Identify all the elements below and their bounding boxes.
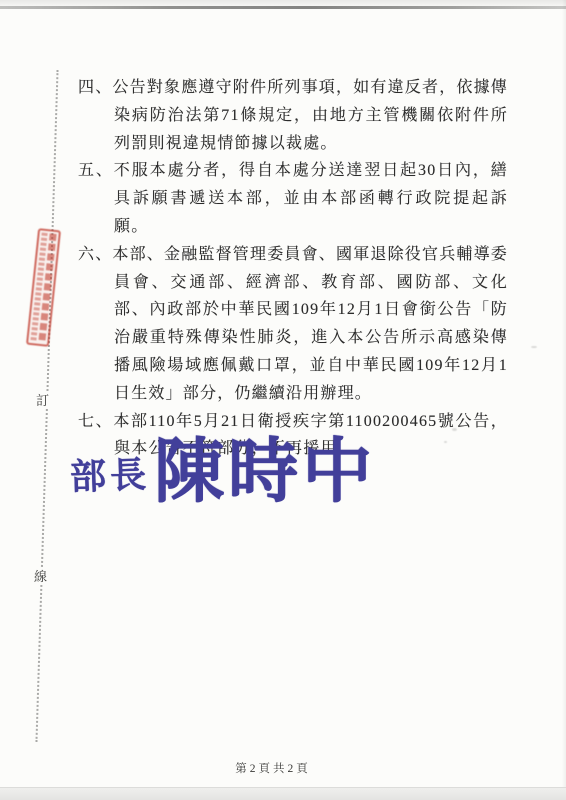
minister-name-signature: 陳時中 bbox=[154, 438, 376, 508]
paragraph-6-text: 本部、金融監督管理委員會、國軍退除役官兵輔導委員會、交通部、經濟部、教育部、國防… bbox=[112, 246, 508, 402]
red-receipt-stamp-icon bbox=[26, 228, 61, 347]
paragraph-6: 六、本部、金融監督管理委員會、國軍退除役官兵輔導委員會、交通部、經濟部、教育部、… bbox=[78, 241, 508, 408]
binding-mark-xian: 線 bbox=[34, 568, 47, 585]
scan-noise bbox=[444, 441, 447, 443]
paragraph-7-label: 七、 bbox=[78, 413, 113, 430]
scan-noise bbox=[452, 428, 457, 431]
paragraph-5: 五、不服本處分者，得自本處分送達翌日起30日內，繕具訴願書遞送本部，並由本部函轉… bbox=[78, 157, 508, 240]
page-number-footer: 第2頁共2頁 bbox=[0, 760, 546, 776]
minister-title: 部長 bbox=[69, 446, 151, 500]
minister-signature: 部長 陳時中 bbox=[70, 438, 376, 508]
paragraph-4: 四、公告對象應遵守附件所列事項，如有違反者，依據傳染病防治法第71條規定，由地方… bbox=[78, 74, 508, 157]
scan-noise bbox=[531, 346, 537, 348]
paragraph-4-text: 公告對象應遵守附件所列事項，如有違反者，依據傳染病防治法第71條規定，由地方主管… bbox=[112, 79, 508, 152]
document-page: 訂 線 四、公告對象應遵守附件所列事項，如有違反者，依據傳染病防治法第71條規定… bbox=[0, 0, 566, 800]
paragraph-5-text: 不服本處分者，得自本處分送達翌日起30日內，繕具訴願書遞送本部，並由本部函轉行政… bbox=[114, 162, 508, 235]
binding-mark-ding: 訂 bbox=[36, 392, 49, 409]
scan-edge-right bbox=[562, 0, 566, 800]
paragraph-6-label: 六、 bbox=[78, 246, 112, 263]
document-body: 四、公告對象應遵守附件所列事項，如有違反者，依據傳染病防治法第71條規定，由地方… bbox=[78, 74, 508, 463]
paragraph-4-label: 四、 bbox=[78, 79, 112, 96]
scan-edge-bottom bbox=[0, 787, 566, 800]
paragraph-5-label: 五、 bbox=[78, 162, 114, 179]
scan-edge-top-line bbox=[0, 6, 566, 9]
